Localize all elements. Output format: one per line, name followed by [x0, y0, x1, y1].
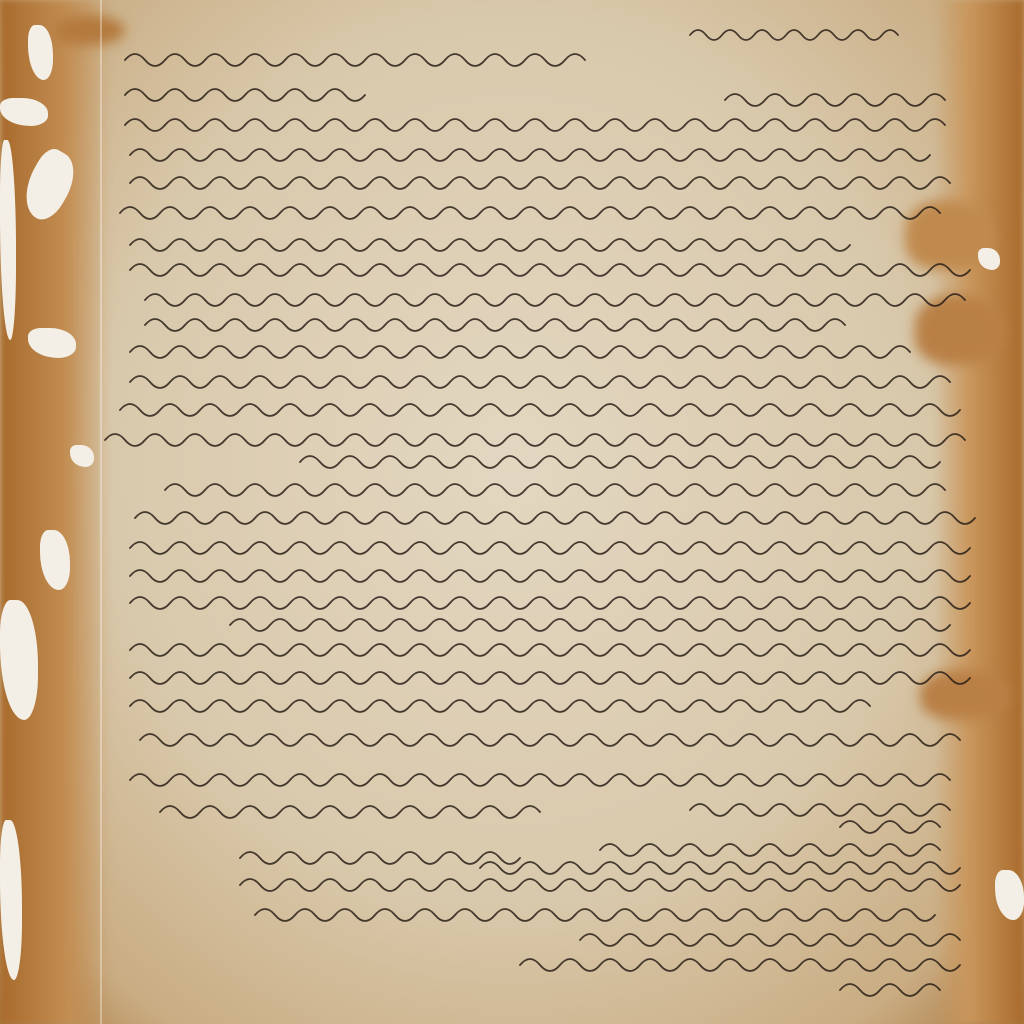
aged-letter-page: [0, 0, 1024, 1024]
handwriting-lines: [0, 0, 1024, 1024]
